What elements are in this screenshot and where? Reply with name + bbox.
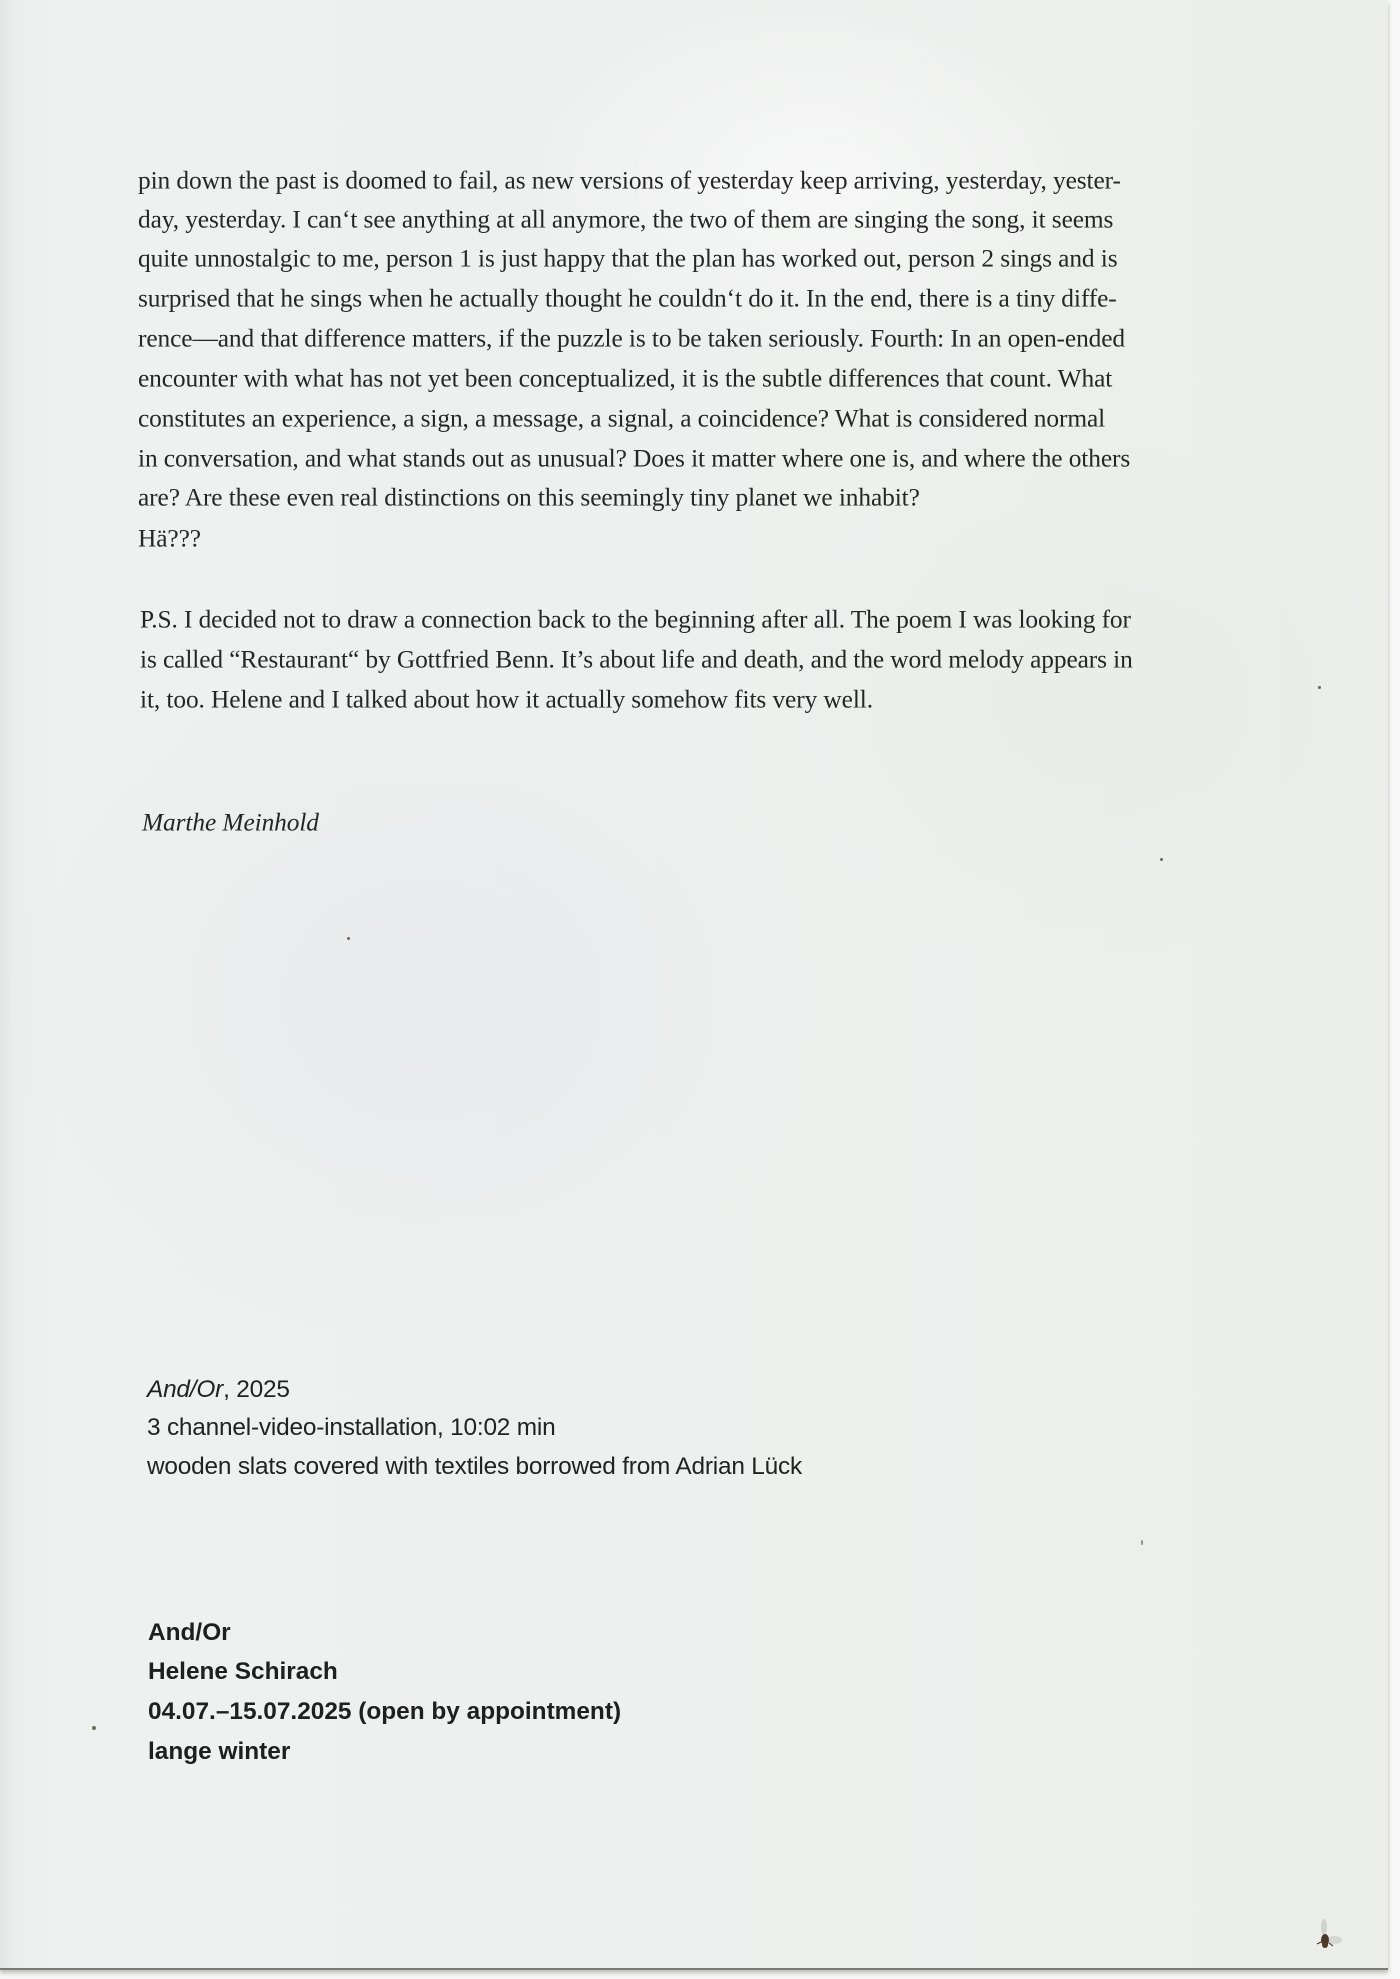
exhibition-venue: lange winter	[148, 1738, 290, 1766]
essay-line: pin down the past is doomed to fail, as …	[138, 167, 1121, 196]
exhibition-dates: 04.07.–15.07.2025 (open by appointment)	[148, 1698, 621, 1726]
work-medium: 3 channel-video-installation, 10:02 min	[147, 1414, 555, 1442]
postscript-line: it, too. Helene and I talked about how i…	[140, 686, 873, 715]
work-title-line: And/Or, 2025	[147, 1376, 290, 1404]
fly-icon	[1312, 1918, 1346, 1952]
exhibition-title: And/Or	[148, 1619, 231, 1647]
work-materials: wooden slats covered with textiles borro…	[147, 1453, 802, 1481]
essay-line: are? Are these even real distinctions on…	[138, 484, 920, 513]
essay-line: Hä???	[138, 525, 201, 554]
essay-line: encounter with what has not yet been con…	[138, 365, 1112, 394]
essay-line: surprised that he sings when he actually…	[138, 285, 1117, 314]
essay-line: in conversation, and what stands out as …	[138, 445, 1130, 474]
work-year: , 2025	[223, 1376, 290, 1403]
paper-speck	[347, 937, 350, 940]
paper-speck	[1318, 686, 1321, 689]
essay-line: quite unnostalgic to me, person 1 is jus…	[138, 245, 1118, 274]
paper-speck	[92, 1726, 96, 1730]
postscript-line: P.S. I decided not to draw a connection …	[140, 606, 1131, 635]
postscript-line: is called “Restaurant“ by Gottfried Benn…	[140, 646, 1133, 675]
exhibition-artist: Helene Schirach	[148, 1658, 338, 1686]
work-title: And/Or	[147, 1376, 223, 1403]
paper-speck	[1160, 858, 1163, 861]
author-signature: Marthe Meinhold	[142, 809, 319, 838]
essay-line: rence—and that difference matters, if th…	[138, 325, 1125, 354]
paper-speck	[1141, 1540, 1143, 1545]
essay-line: constitutes an experience, a sign, a mes…	[138, 405, 1105, 434]
essay-line: day, yesterday. I can‘t see anything at …	[138, 206, 1113, 235]
scanned-paper-page: pin down the past is doomed to fail, as …	[0, 0, 1388, 1970]
